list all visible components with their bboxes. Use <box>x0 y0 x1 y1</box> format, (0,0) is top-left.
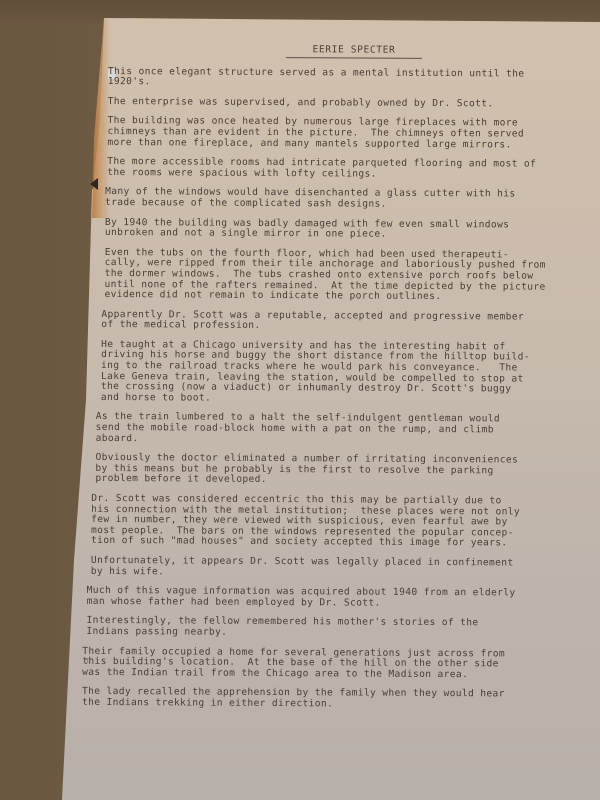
paragraph: The building was once heated by numerous… <box>107 116 587 151</box>
typewritten-document: EERIE SPECTER This once elegant structur… <box>104 44 588 720</box>
paragraph: Apparently Dr. Scott was a reputable, ac… <box>101 310 586 334</box>
paragraph: He taught at a Chicago university and ha… <box>101 340 586 407</box>
paragraph: The enterprise was supervised, and proba… <box>108 97 588 111</box>
paragraph: Unfortunately, it appears Dr. Scott was … <box>91 556 585 580</box>
paragraph: Their family occupied a home for several… <box>82 646 584 681</box>
paper-tear-notch <box>90 178 98 190</box>
paragraph: Much of this vague information was acqui… <box>87 586 585 610</box>
document-title: EERIE SPECTER <box>286 45 422 58</box>
paragraph: The lady recalled the apprehension by th… <box>82 687 584 711</box>
paragraph: Obviously the doctor eliminated a number… <box>95 453 585 488</box>
paragraph: This once elegant structure served as a … <box>108 67 588 91</box>
paragraph: Interestingly, the fellow remembered his… <box>86 616 584 640</box>
paragraph: Many of the windows would have disenchan… <box>105 187 587 211</box>
paragraph: As the train lumbered to a halt the self… <box>96 412 586 447</box>
paragraph: The more accessible rooms had intricate … <box>107 157 587 181</box>
paragraph: Dr. Scott was considered eccentric tho t… <box>91 494 585 550</box>
paragraph: By 1940 the building was badly damaged w… <box>105 218 587 242</box>
paragraph: Even the tubs on the fourth floor, which… <box>104 248 586 304</box>
